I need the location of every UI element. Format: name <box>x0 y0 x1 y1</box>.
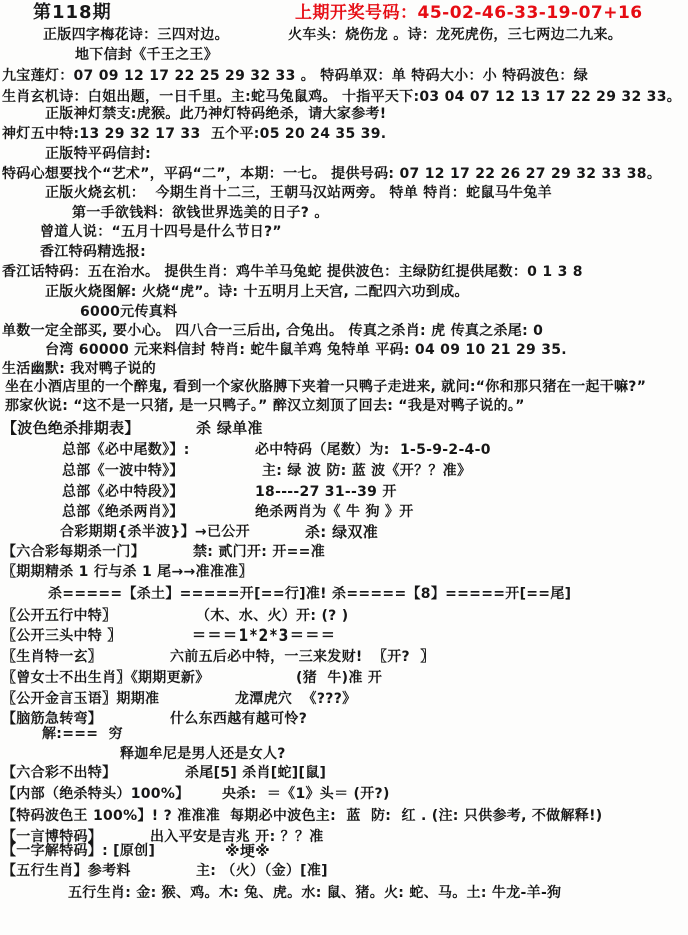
hk-special-code: 香江话特码：五在治水。 提供生肖：鸡牛羊马兔蛇 提供波色：主绿防红提供尾数：0 … <box>2 262 583 282</box>
doc-line: 第一手欲钱料：欲钱世界选美的日子? 。 <box>0 203 688 224</box>
internal-kill-head-value: 央杀: ＝《1》头＝ (开?) <box>222 784 390 804</box>
hk-report-label: 香江特码精选报: <box>40 242 146 262</box>
madam-zeng-label: 〖曾女士不出生肖〗《期期更新》 <box>2 668 210 688</box>
doc-line: 〖生肖特一玄〗六前五后必中特，一三来发财! 〖开? 〗 <box>0 647 688 668</box>
special-envelope-label: 正版特平码信封: <box>45 144 151 164</box>
doc-line: 台湾 60000 元来料信封 特肖: 蛇牛鼠羊鸡 兔特单 平码: 04 09 1… <box>0 340 688 361</box>
doc-line: 解:=== 穷 <box>0 724 688 745</box>
nine-lotus-numbers: 九宝莲灯：07 09 12 17 22 25 29 32 33 。 特码单双：单… <box>2 66 588 86</box>
doc-line: 正版特平码信封: <box>0 144 688 165</box>
buddha-question: 释迦牟尼是男人还是女人? <box>120 744 286 764</box>
kill-one-gate-value: 禁: 贰门开: 开==准 <box>193 542 325 562</box>
three-head-value: ＝＝＝1*2*3＝＝＝ <box>192 624 336 648</box>
humor-title: 生活幽默: 我对鸭子说的 <box>2 359 156 379</box>
doc-line: 释迦牟尼是男人还是女人? <box>0 744 688 765</box>
doc-line: 【特码波色王 100%】! ? 准准准每期必中波色主: 蓝 防: 红 . (注:… <box>0 806 688 827</box>
doc-line: 〖公开金言玉语〗期期准龙潭虎穴 《???》 <box>0 689 688 710</box>
doc-line: 〖期期精杀 1 行与杀 1 尾→→准准准〗 <box>0 562 688 583</box>
doc-line: 〖曾女士不出生肖〗《期期更新》(猪 牛)准 开 <box>0 668 688 689</box>
golden-words-value: 龙潭虎穴 《???》 <box>235 689 356 709</box>
doc-line: 【一字解特码】: [原创]※埂※ <box>0 841 688 862</box>
doc-line: 单数一定全部买, 要小心。 四八合一三后出, 合兔出。 传真之杀肖: 虎 传真之… <box>0 321 688 342</box>
doc-line: 九宝莲灯：07 09 12 17 22 25 29 32 33 。 特码单双：单… <box>0 66 688 87</box>
doc-line: 香江话特码：五在治水。 提供生肖：鸡牛羊马兔蛇 提供波色：主绿防红提供尾数：0 … <box>0 262 688 283</box>
doc-line: 正版火烧玄机： 今期生肖十二三，王朝马汉站两旁。 特单 特肖：蛇鼠马牛兔羊 <box>0 183 688 204</box>
doc-line: 【波色绝杀排期表】杀 绿单准 <box>0 418 688 439</box>
zodiac-mystery-label: 〖生肖特一玄〗 <box>2 647 102 667</box>
hq-tail-label: 总部《必中尾数》】: <box>62 440 190 460</box>
half-wave-label: 合彩期期{杀半波}】→已公开 <box>60 522 250 542</box>
doc-line: 第118期上期开奖号码：45-02-46-33-19-07+16 <box>0 3 688 24</box>
doc-line: 【六合彩每期杀一门】禁: 贰门开: 开==准 <box>0 542 688 563</box>
doc-line: 【六合彩不出特】杀尾[5] 杀肖[蛇][鼠] <box>0 763 688 784</box>
kill-green-single: 杀 绿单准 <box>196 418 263 438</box>
kill-green-double: 杀: 绿双准 <box>305 522 378 542</box>
five-element-zodiac-label: 【五行生肖】参考料 <box>2 861 131 881</box>
hq-wave-value: 主: 绿 波 防: 蓝 波《开？？准》 <box>262 461 471 481</box>
riddle-answer: 解:=== 穷 <box>42 724 123 744</box>
doc-line: 正版神灯禁支:虎猴。此乃神灯特码绝杀，请大家参考! <box>0 104 688 125</box>
hq-two-zodiac-label: 总部《绝杀两肖》】 <box>62 502 184 522</box>
doc-line: 那家伙说: “这不是一只猪, 是一只鸭子。” 醉汉立刻顶了回去: “我是对鸭子说… <box>0 396 688 417</box>
doc-line: 地下信封《千王之王》 <box>0 45 688 66</box>
doc-line: 杀=====【杀土】=====开[==行]准! 杀=====【8】=====开[… <box>0 584 688 605</box>
wave-king-label: 【特码波色王 100%】! ? 准准准 <box>2 806 220 826</box>
internal-kill-head-label: 【内部（绝杀特头）100%】 <box>2 784 189 804</box>
last-draw-numbers: 上期开奖号码：45-02-46-33-19-07+16 <box>295 3 643 23</box>
doc-line: 〖公开五行中特〗（木、水、火）开: (? ) <box>0 606 688 627</box>
kill-one-gate-label: 【六合彩每期杀一门】 <box>2 542 145 562</box>
doc-line: 五行生肖: 金: 猴、鸡。木: 兔、虎。水: 鼠、猪。火: 蛇、马。土: 牛龙-… <box>0 883 688 904</box>
hq-segment-value: 18----27 31--39 开 <box>255 482 397 502</box>
money-hint: 第一手欲钱料：欲钱世界选美的日子? 。 <box>72 203 329 223</box>
doc-line: 【内部（绝杀特头）100%】央杀: ＝《1》头＝ (开?) <box>0 784 688 805</box>
three-head-label: 〖公开三头中特 〗 <box>2 626 122 646</box>
wave-kill-table-title: 【波色绝杀排期表】 <box>2 418 140 438</box>
kill-row-tail-value: 杀=====【杀土】=====开[==行]准! 杀=====【8】=====开[… <box>48 584 571 604</box>
five-element-value: （木、水、火）开: (? ) <box>196 606 348 626</box>
hq-two-zodiac-value: 绝杀两肖为《 牛 狗 》开 <box>255 502 414 522</box>
doc-line: 神灯五中特:13 29 32 17 33 五个平:05 20 24 35 39. <box>0 124 688 145</box>
no-special-label: 【六合彩不出特】 <box>2 763 116 783</box>
plum-poem: 正版四字梅花诗：三四对边。 <box>43 25 229 45</box>
train-head-poem: 火车头：烧伤龙 。诗：龙死虎伤，三七两边二九来。 <box>288 25 622 45</box>
doc-line: 特码心想要找个“艺术”，平码“二”，本期：一七。 提供号码: 07 12 17 … <box>0 164 688 185</box>
doc-line: 〖公开三头中特 〗＝＝＝1*2*3＝＝＝ <box>0 626 688 647</box>
zodiac-mystery-value: 六前五后必中特，一三来发财! 〖开? 〗 <box>170 647 435 667</box>
doc-line: 总部《必中尾数》】:必中特码（尾数）为: 1-5-9-2-4-0 <box>0 440 688 461</box>
no-special-value: 杀尾[5] 杀肖[蛇][鼠] <box>185 763 326 783</box>
one-char-value: ※埂※ <box>225 841 270 861</box>
five-element-zodiac-value: 主: （火）（金）[准] <box>196 861 328 881</box>
humor-line-1: 坐在小酒店里的一个醉鬼, 看到一个家伙胳膊下夹着一只鸭子走进来, 就问:“你和那… <box>5 377 646 397</box>
kill-row-tail-title: 〖期期精杀 1 行与杀 1 尾→→准准准〗 <box>2 562 253 582</box>
zeng-quote: 曾道人说：“五月十四号是什么节日?” <box>40 222 282 242</box>
doc-line: 总部《一波中特》】主: 绿 波 防: 蓝 波《开？？准》 <box>0 461 688 482</box>
lamp-five-special: 神灯五中特:13 29 32 17 33 五个平:05 20 24 35 39. <box>2 124 386 144</box>
doc-line: 【五行生肖】参考料主: （火）（金）[准] <box>0 861 688 882</box>
golden-words-label: 〖公开金言玉语〗期期准 <box>2 689 159 709</box>
doc-line: 总部《绝杀两肖》】绝杀两肖为《 牛 狗 》开 <box>0 502 688 523</box>
humor-line-2: 那家伙说: “这不是一只猪, 是一只鸭子。” 醉汉立刻顶了回去: “我是对鸭子说… <box>5 396 525 416</box>
hq-tail-value: 必中特码（尾数）为: 1-5-9-2-4-0 <box>255 440 491 460</box>
doc-line: 正版火烧图解: 火烧“虎”。诗: 十五明月上天宫, 二配四六功到成。 <box>0 282 688 303</box>
hq-segment-label: 总部《必中特段》】 <box>62 482 184 502</box>
fax-kill-hint: 单数一定全部买, 要小心。 四八合一三后出, 合兔出。 传真之杀肖: 虎 传真之… <box>2 321 543 341</box>
madam-zeng-value: (猪 牛)准 开 <box>296 668 382 688</box>
lamp-forbidden: 正版神灯禁支:虎猴。此乃神灯特码绝杀，请大家参考! <box>45 104 386 124</box>
fax-material-label: 6000元传真料 <box>80 302 177 322</box>
fire-diagram: 正版火烧图解: 火烧“虎”。诗: 十五明月上天宫, 二配四六功到成。 <box>45 282 469 302</box>
five-element-zodiac-detail: 五行生肖: 金: 猴、鸡。木: 兔、虎。水: 鼠、猪。火: 蛇、马。土: 牛龙-… <box>68 883 561 903</box>
doc-line: 合彩期期{杀半波}】→已公开杀: 绿双准 <box>0 522 688 543</box>
fire-mystery: 正版火烧玄机： 今期生肖十二三，王朝马汉站两旁。 特单 特肖：蛇鼠马牛兔羊 <box>45 183 552 203</box>
tip-sheet: 第118期上期开奖号码：45-02-46-33-19-07+16正版四字梅花诗：… <box>0 0 688 935</box>
taiwan-envelope: 台湾 60000 元来料信封 特肖: 蛇牛鼠羊鸡 兔特单 平码: 04 09 1… <box>45 340 567 360</box>
doc-line: 香江特码精选报: <box>0 242 688 263</box>
doc-line: 正版四字梅花诗：三四对边。火车头：烧伤龙 。诗：龙死虎伤，三七两边二九来。 <box>0 25 688 46</box>
five-element-label: 〖公开五行中特〗 <box>2 606 116 626</box>
doc-line: 坐在小酒店里的一个醉鬼, 看到一个家伙胳膊下夹着一只鸭子走进来, 就问:“你和那… <box>0 377 688 398</box>
doc-line: 6000元传真料 <box>0 302 688 323</box>
one-char-label: 【一字解特码】: [原创] <box>2 841 155 861</box>
envelope-title: 地下信封《千王之王》 <box>75 45 218 65</box>
hq-wave-label: 总部《一波中特》】 <box>62 461 184 481</box>
doc-line: 总部《必中特段》】18----27 31--39 开 <box>0 482 688 503</box>
issue-number: 第118期 <box>33 3 112 23</box>
doc-line: 曾道人说：“五月十四号是什么节日?” <box>0 222 688 243</box>
special-code-hint: 特码心想要找个“艺术”，平码“二”，本期：一七。 提供号码: 07 12 17 … <box>2 164 661 184</box>
wave-king-value: 每期必中波色主: 蓝 防: 红 . (注: 只供参考, 不做解释!) <box>230 806 602 826</box>
